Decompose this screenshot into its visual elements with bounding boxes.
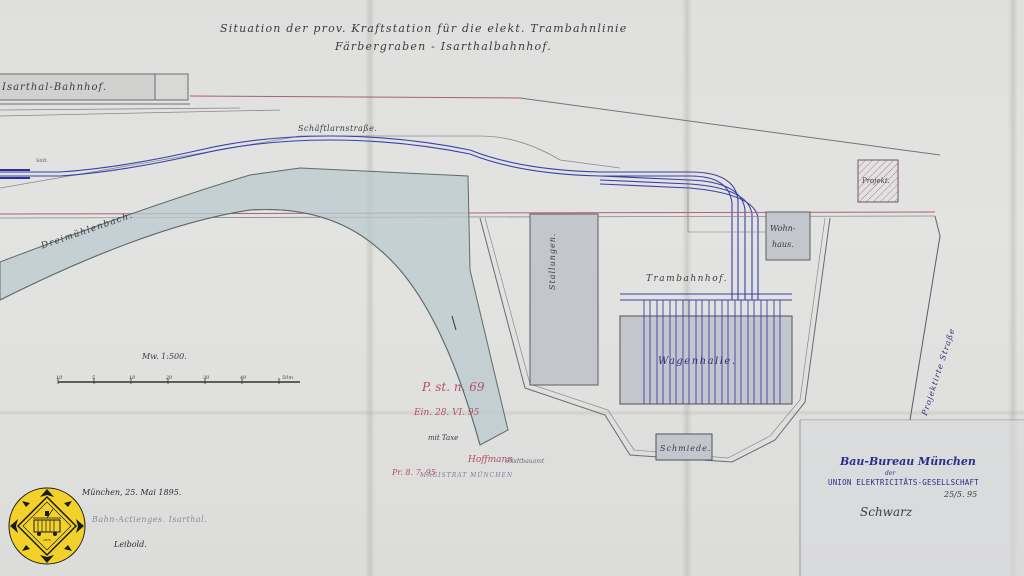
faded-stamp: Bahn-Actienges. Isarthal. xyxy=(92,515,207,524)
scale-tick: 50m xyxy=(282,375,293,381)
scale-tick: 5 xyxy=(92,375,95,381)
office-stamp-line-2: der xyxy=(885,470,895,477)
office-stamp-line-1: Bau-Bureau München xyxy=(840,455,976,468)
label-small-note: Stdt. xyxy=(36,158,48,164)
red-note-1: P. st. n. 69 xyxy=(422,380,485,394)
office-stamp-line-3: UNION ELEKTRICITÄTS-GESELLSCHAFT xyxy=(828,478,979,487)
site-plan-sheet: Situation der prov. Kraftstation für die… xyxy=(0,0,1024,576)
faint-stamp-row: Stadtbauamt xyxy=(505,458,544,465)
faint-stamp: MAGISTRAT MÜNCHEN xyxy=(420,472,513,479)
scale-label: Mw. 1:500. xyxy=(142,352,187,361)
label-schmiede: Schmiede. xyxy=(660,444,711,453)
scale-tick: 10 xyxy=(129,375,135,381)
scale-tick: 30 xyxy=(203,375,209,381)
fare-note: mit Taxe xyxy=(428,434,458,442)
scale-tick: 20 xyxy=(166,375,172,381)
label-schaeftlarnstrasse: Schäftlarnstraße. xyxy=(298,124,377,133)
office-stamp-date: 25/5. 95 xyxy=(944,490,977,499)
label-wohnhaus-1: Wohn- xyxy=(770,224,796,233)
label-projekt: Projekt. xyxy=(862,177,890,185)
label-wohnhaus-2: haus. xyxy=(772,240,794,249)
tram-club-emblem-icon: 1876 xyxy=(8,487,86,565)
wohnhaus-building xyxy=(766,212,810,260)
label-trambahnhof: Trambahnhof. xyxy=(646,274,728,284)
label-wagenhalle: Wagenhalle. xyxy=(658,356,737,367)
svg-text:1876: 1876 xyxy=(43,538,51,542)
stallungen-building xyxy=(530,214,598,385)
signature-left: Leibold. xyxy=(114,540,147,549)
label-stallungen: Stallungen. xyxy=(548,233,557,290)
scale-tick: 10 xyxy=(56,375,62,381)
plan-title-line-1: Situation der prov. Kraftstation für die… xyxy=(220,22,627,35)
label-isarthal-bahnhof: Isarthal-Bahnhof. xyxy=(2,82,107,93)
plan-title-line-2: Färbergraben - Isarthalbahnhof. xyxy=(335,40,552,53)
scale-tick: 40 xyxy=(240,375,246,381)
red-note-2: Ein. 28. VI. 95 xyxy=(414,408,479,418)
place-date: München, 25. Mai 1895. xyxy=(82,488,181,497)
office-stamp-signature: Schwarz xyxy=(860,505,912,519)
